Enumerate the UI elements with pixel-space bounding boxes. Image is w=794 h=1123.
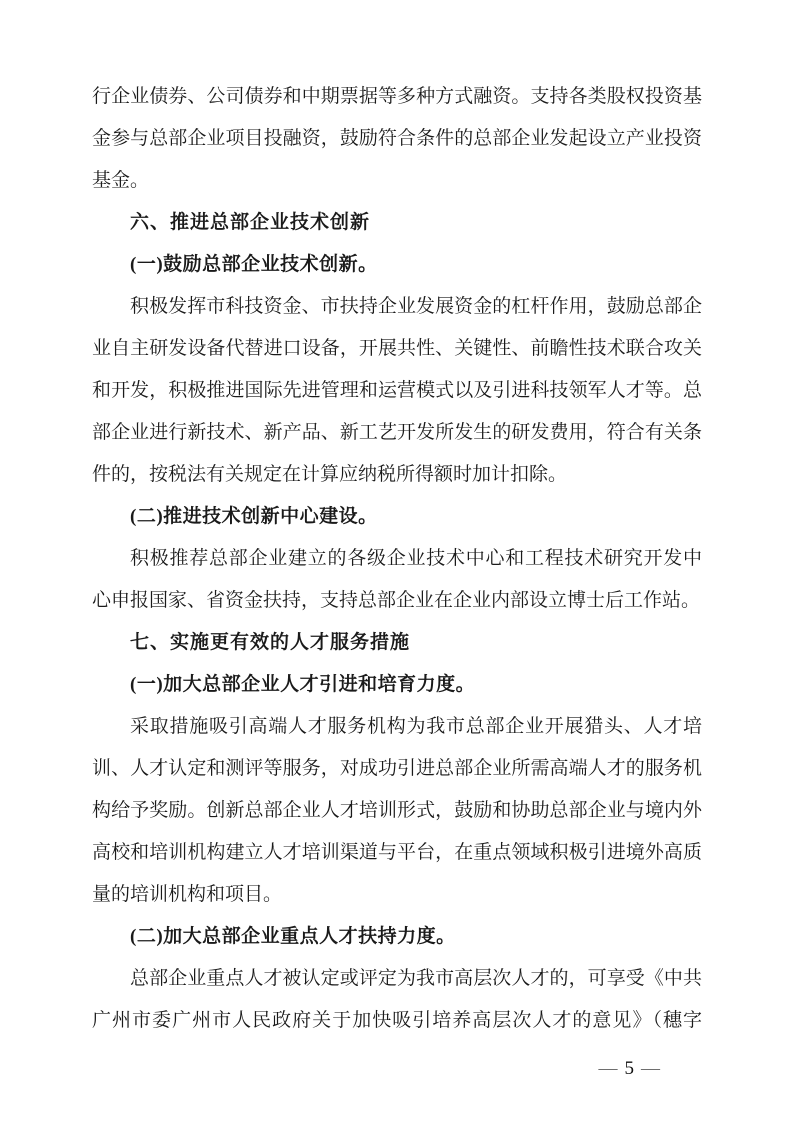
text-line: 构给予奖励。创新总部企业人才培训形式，鼓励和协助总部企业与境内外 [92,790,702,832]
text-line: 高校和培训机构建立人才培训渠道与平台，在重点领域积极引进境外高质 [92,832,702,874]
paragraph: 积极推荐总部企业建立的各级企业技术中心和工程技术研究开发中心申报国家、省资金扶持… [92,538,702,622]
section-heading: (一)鼓励总部企业技术创新。 [92,244,702,286]
section-heading: (二)加大总部企业重点人才扶持力度。 [92,916,702,958]
heading-line: (二)推进技术创新中心建设。 [92,496,702,538]
text-line: 训、人才认定和测评等服务，对成功引进总部企业所需高端人才的服务机 [92,748,702,790]
text-line: 积极推荐总部企业建立的各级企业技术中心和工程技术研究开发中 [92,538,702,580]
text-line: 件的，按税法有关规定在计算应纳税所得额时加计扣除。 [92,454,702,496]
heading-line: 七、实施更有效的人才服务措施 [92,622,702,664]
text-line: 金参与总部企业项目投融资，鼓励符合条件的总部企业发起设立产业投资 [92,118,702,160]
text-line: 总部企业重点人才被认定或评定为我市高层次人才的，可享受《中共 [92,958,702,1000]
heading-line: (一)加大总部企业人才引进和培育力度。 [92,664,702,706]
section-heading: 七、实施更有效的人才服务措施 [92,622,702,664]
page-number: 5 [625,1058,635,1079]
paragraph: 积极发挥市科技资金、市扶持企业发展资金的杠杆作用，鼓励总部企业自主研发设备代替进… [92,286,702,496]
text-line: 采取措施吸引高端人才服务机构为我市总部企业开展猎头、人才培 [92,706,702,748]
section-heading: 六、推进总部企业技术创新 [92,202,702,244]
text-line: 量的培训机构和项目。 [92,874,702,916]
text-line: 业自主研发设备代替进口设备，开展共性、关键性、前瞻性技术联合攻关 [92,328,702,370]
document-page: 行企业债券、公司债券和中期票据等多种方式融资。支持各类股权投资基金参与总部企业项… [0,0,794,1123]
document-body: 行企业债券、公司债券和中期票据等多种方式融资。支持各类股权投资基金参与总部企业项… [92,76,702,1042]
heading-line: 六、推进总部企业技术创新 [92,202,702,244]
paragraph: 采取措施吸引高端人才服务机构为我市总部企业开展猎头、人才培训、人才认定和测评等服… [92,706,702,916]
text-line: 和开发，积极推进国际先进管理和运营模式以及引进科技领军人才等。总 [92,370,702,412]
section-heading: (二)推进技术创新中心建设。 [92,496,702,538]
page-number-left-dash: — [599,1058,618,1079]
paragraph: 总部企业重点人才被认定或评定为我市高层次人才的，可享受《中共广州市委广州市人民政… [92,958,702,1042]
page-footer: —5— [599,1058,661,1080]
paragraph: 行企业债券、公司债券和中期票据等多种方式融资。支持各类股权投资基金参与总部企业项… [92,76,702,202]
heading-line: (一)鼓励总部企业技术创新。 [92,244,702,286]
section-heading: (一)加大总部企业人才引进和培育力度。 [92,664,702,706]
text-line: 部企业进行新技术、新产品、新工艺开发所发生的研发费用，符合有关条 [92,412,702,454]
text-line: 行企业债券、公司债券和中期票据等多种方式融资。支持各类股权投资基 [92,76,702,118]
text-line: 积极发挥市科技资金、市扶持企业发展资金的杠杆作用，鼓励总部企 [92,286,702,328]
text-line: 心申报国家、省资金扶持，支持总部企业在企业内部设立博士后工作站。 [92,580,702,622]
text-line: 基金。 [92,160,702,202]
heading-line: (二)加大总部企业重点人才扶持力度。 [92,916,702,958]
text-line: 广州市委广州市人民政府关于加快吸引培养高层次人才的意见》（穗字 [92,1000,702,1042]
page-number-right-dash: — [641,1058,660,1079]
